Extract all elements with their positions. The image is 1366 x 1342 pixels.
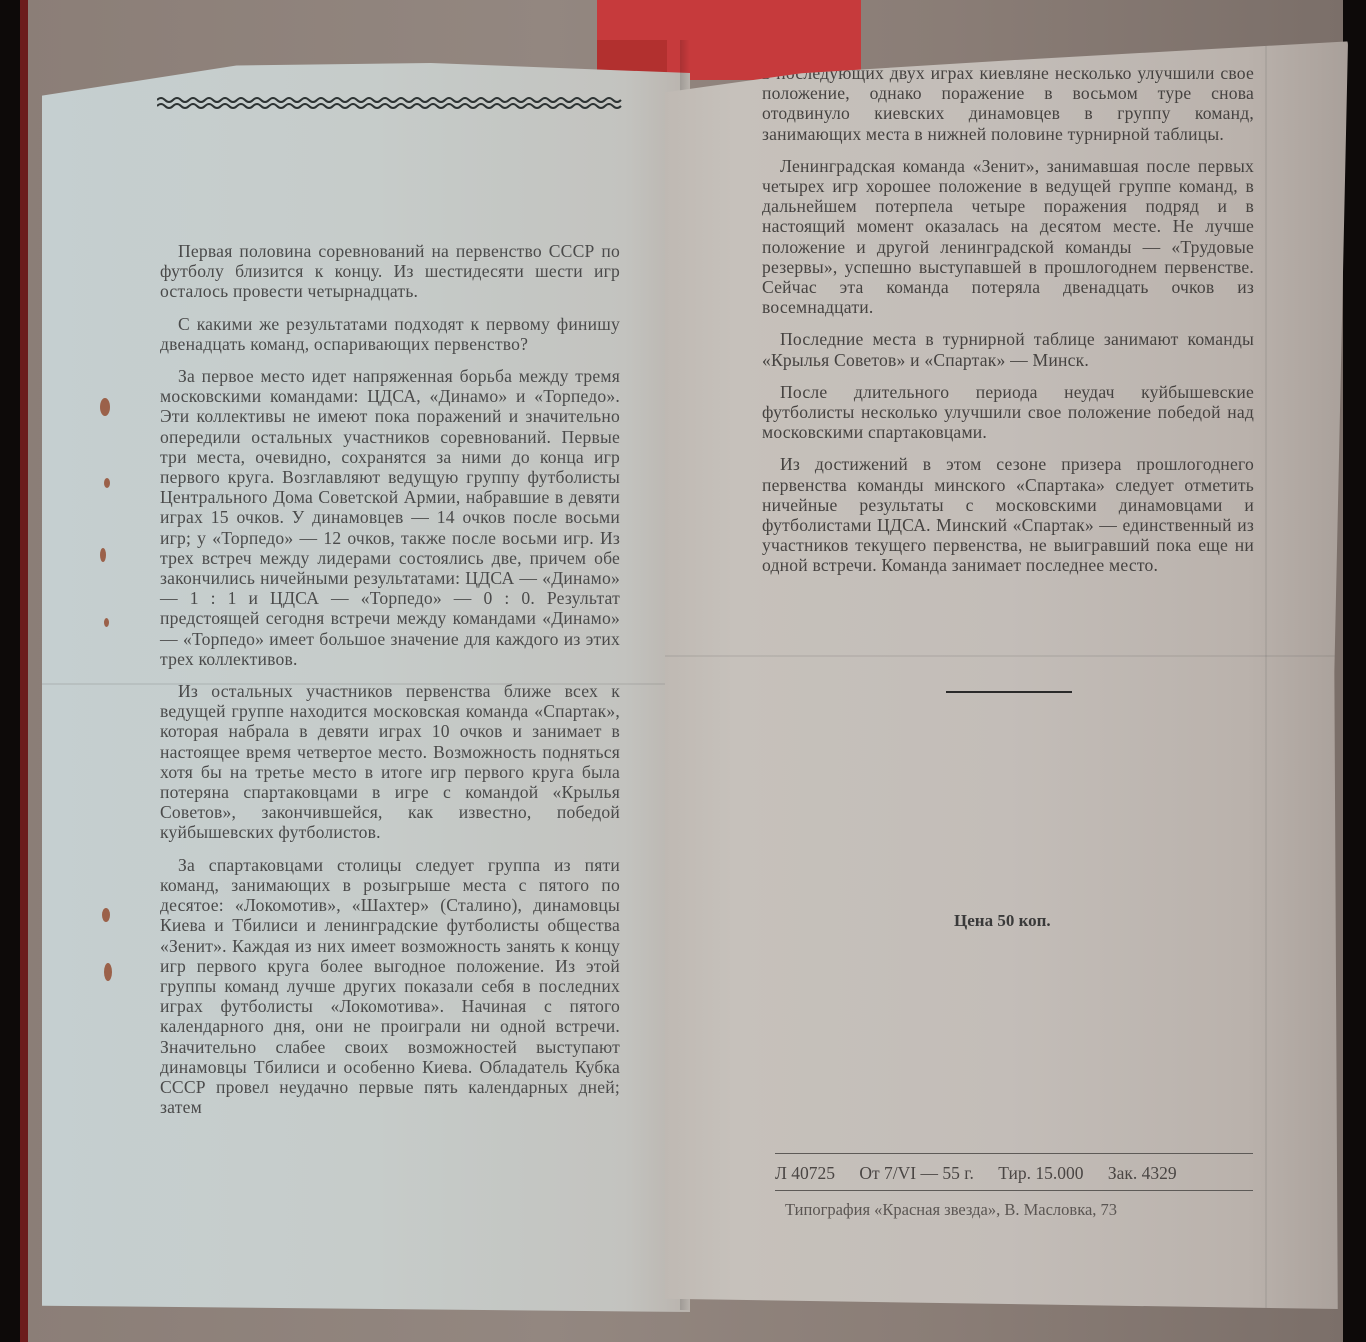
- right-page: в последующих двух играх киевляне нескол…: [665, 35, 1348, 1309]
- rust-stain: [100, 548, 106, 562]
- paper-crease: [1265, 35, 1267, 1309]
- imprint-print-run: Тир. 15.000: [998, 1163, 1083, 1183]
- wavy-rule-ornament: [157, 93, 622, 113]
- rust-stain: [100, 398, 110, 416]
- rust-stain: [104, 963, 112, 981]
- paragraph: Последние места в турнирной таблице зани…: [762, 329, 1254, 369]
- section-rule: [946, 691, 1072, 693]
- imprint-code: Л 40725: [775, 1163, 835, 1183]
- right-article-text: в последующих двух играх киевляне нескол…: [762, 63, 1254, 588]
- imprint-order: Зак. 4329: [1108, 1163, 1177, 1183]
- imprint-date: От 7/VI — 55 г.: [859, 1163, 973, 1183]
- paragraph: Ленинградская команда «Зенит», занимавша…: [762, 156, 1254, 318]
- left-page: Первая половина соревнований на первенст…: [42, 58, 690, 1312]
- imprint-rule-top: [775, 1153, 1253, 1154]
- imprint-line: Л 40725 От 7/VI — 55 г. Тир. 15.000 Зак.…: [775, 1163, 1255, 1184]
- printer-credit: Типография «Красная звезда», В. Масловка…: [785, 1200, 1265, 1220]
- left-article-text: Первая половина соревнований на первенст…: [160, 241, 620, 1129]
- paragraph: За спартаковцами столицы следует группа …: [160, 855, 620, 1118]
- paragraph: За первое место идет напряженная борьба …: [160, 366, 620, 669]
- paragraph: Первая половина соревнований на первенст…: [160, 241, 620, 302]
- imprint-rule-bottom: [775, 1190, 1253, 1191]
- rust-stain: [102, 908, 110, 922]
- paper-crease: [665, 655, 1348, 657]
- paragraph: После длительного периода неудач куйбыше…: [762, 382, 1254, 443]
- paragraph: Из остальных участников первенства ближе…: [160, 681, 620, 843]
- price-label: Цена 50 коп.: [954, 911, 1051, 931]
- paragraph: в последующих двух играх киевляне нескол…: [762, 63, 1254, 144]
- paragraph: Из достижений в этом сезоне призера прош…: [762, 454, 1254, 575]
- paragraph: С какими же результатами подходят к перв…: [160, 314, 620, 354]
- rust-stain: [104, 478, 110, 488]
- rust-stain: [104, 618, 109, 627]
- background-edge: [20, 0, 28, 1342]
- paper-crease: [42, 683, 690, 685]
